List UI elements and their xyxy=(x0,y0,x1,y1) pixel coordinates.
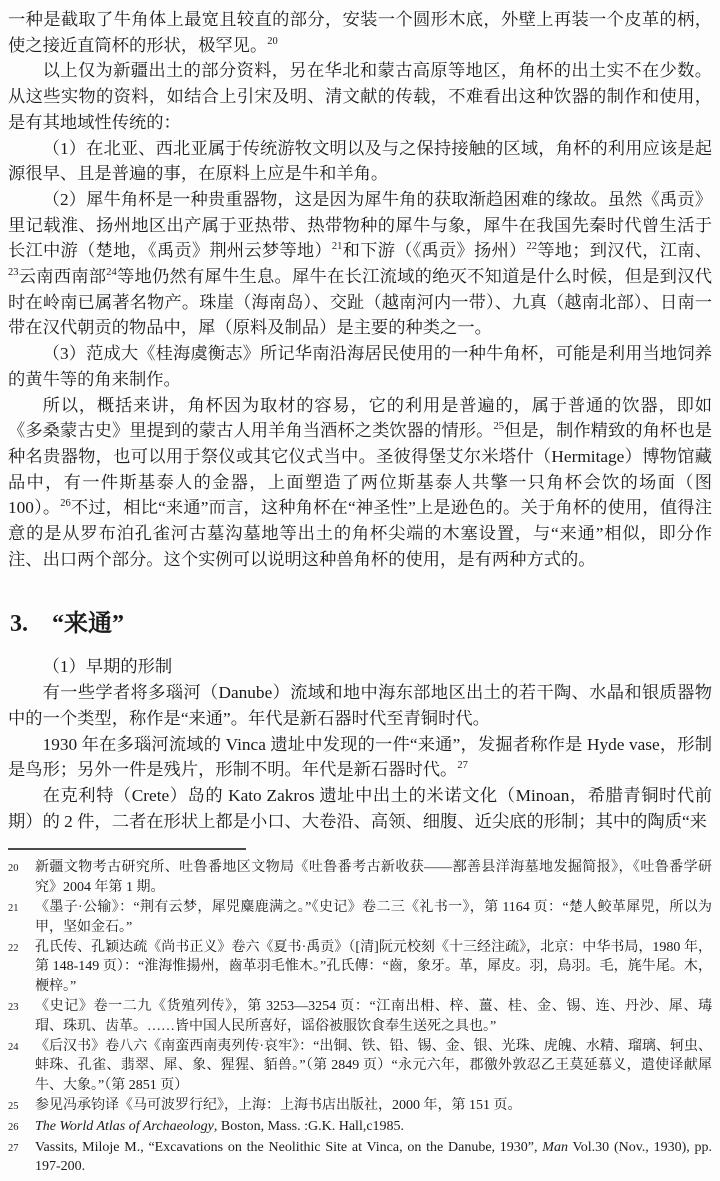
footnote-text: 《后汉书》卷八六《南蛮西南夷列传·哀牢》：“出铜、铁、铅、锡、金、银、光珠、虎魄… xyxy=(35,1037,712,1096)
footnote-number: 21 xyxy=(8,898,35,938)
footnote-text: 孔氏传、孔颖达疏《尚书正义》卷六《夏书·禹贡》（[清]阮元校刻《十三经注疏》，北… xyxy=(35,938,712,997)
paragraph: 所以，概括来讲，角杯因为取材的容易，它的利用是普遍的，属于普通的饮器，即如《多桑… xyxy=(8,393,712,573)
footnote-text: The World Atlas of Archaeology, Boston, … xyxy=(35,1117,712,1138)
footnote: 27Vassits, Miloje M., “Excavations on th… xyxy=(8,1138,712,1178)
footnote-ref: 20 xyxy=(267,36,278,47)
paragraph: （2）犀牛角杯是一种贵重器物，这是因为犀牛角的获取渐趋困难的缘故。虽然《禹贡》里… xyxy=(8,187,712,341)
footnote-number: 22 xyxy=(8,938,35,997)
footnote: 26The World Atlas of Archaeology, Boston… xyxy=(8,1117,712,1138)
footnote: 24《后汉书》卷八六《南蛮西南夷列传·哀牢》：“出铜、铁、铅、锡、金、银、光珠、… xyxy=(8,1037,712,1096)
footnote-text: 《史记》卷一二九《货殖列传》，第 3253—3254 页：“江南出枏、梓、薑、桂… xyxy=(35,997,712,1037)
footnote: 21《墨子·公输》：“荆有云梦，犀兕麋鹿满之。”《史记》卷二三《礼书一》，第 1… xyxy=(8,898,712,938)
footnote-ref: 25 xyxy=(493,421,504,432)
footnote-ref: 21 xyxy=(332,242,343,253)
footnote-separator xyxy=(8,848,246,850)
footnote-number: 20 xyxy=(8,858,35,898)
footnote-text: Vassits, Miloje M., “Excavations on the … xyxy=(35,1138,712,1178)
section-heading: 3. “来通” xyxy=(10,608,712,640)
footnote-text: 参见冯承钧译《马可波罗行纪》，上海：上海书店出版社，2000 年，第 151 页… xyxy=(35,1096,712,1117)
footnote-ref: 24 xyxy=(106,267,117,278)
book-page: 一种是截取了牛角体上最宽且较直的部分，安装一个圆形木底，外壁上再装一个皮革的柄，… xyxy=(0,0,720,1181)
footnote-number: 27 xyxy=(8,1138,35,1178)
footnote-ref: 23 xyxy=(8,267,19,278)
footnote: 22孔氏传、孔颖达疏《尚书正义》卷六《夏书·禹贡》（[清]阮元校刻《十三经注疏》… xyxy=(8,938,712,997)
footnote-number: 26 xyxy=(8,1117,35,1138)
paragraph: 在克利特（Crete）岛的 Kato Zakros 遗址中出土的米诺文化（Min… xyxy=(8,783,712,834)
paragraph: 一种是截取了牛角体上最宽且较直的部分，安装一个圆形木底，外壁上再装一个皮革的柄，… xyxy=(8,7,712,58)
footnote-number: 23 xyxy=(8,997,35,1037)
footnote-number: 25 xyxy=(8,1096,35,1117)
footnote: 20新疆文物考古研究所、吐鲁番地区文物局《吐鲁番考古新收获——鄯善县洋海墓地发掘… xyxy=(8,858,712,898)
paragraph: （3）范成大《桂海虞衡志》所记华南沿海居民使用的一种牛角杯，可能是利用当地饲养的… xyxy=(8,341,712,392)
footnote-text: 新疆文物考古研究所、吐鲁番地区文物局《吐鲁番考古新收获——鄯善县洋海墓地发掘简报… xyxy=(35,858,712,898)
footnote-text: 《墨子·公输》：“荆有云梦，犀兕麋鹿满之。”《史记》卷二三《礼书一》，第 116… xyxy=(35,898,712,938)
footnote-ref: 27 xyxy=(457,761,468,772)
footnotes-list: 20新疆文物考古研究所、吐鲁番地区文物局《吐鲁番考古新收获——鄯善县洋海墓地发掘… xyxy=(8,858,712,1177)
body-text: 一种是截取了牛角体上最宽且较直的部分，安装一个圆形木底，外壁上再装一个皮革的柄，… xyxy=(8,7,712,834)
italic-title: The World Atlas of Archaeology xyxy=(35,1119,214,1134)
footnote: 23《史记》卷一二九《货殖列传》，第 3253—3254 页：“江南出枏、梓、薑… xyxy=(8,997,712,1037)
paragraph: 有一些学者将多瑙河（Danube）流域和地中海东部地区出土的若干陶、水晶和银质器… xyxy=(8,680,712,731)
footnote-number: 24 xyxy=(8,1037,35,1096)
footnote-ref: 22 xyxy=(526,242,537,253)
paragraph: （1）在北亚、西北亚属于传统游牧文明以及与之保持接触的区域，角杯的利用应该是起源… xyxy=(8,136,712,187)
paragraph: 以上仅为新疆出土的部分资料，另在华北和蒙古高原等地区，角杯的出土实不在少数。从这… xyxy=(8,58,712,135)
paragraph: 1930 年在多瑙河流域的 Vinca 遗址中发现的一件“来通”，发掘者称作是 … xyxy=(8,732,712,783)
footnote: 25参见冯承钧译《马可波罗行纪》，上海：上海书店出版社，2000 年，第 151… xyxy=(8,1096,712,1117)
italic-title: Man xyxy=(542,1140,568,1155)
paragraph: （1）早期的形制 xyxy=(8,654,712,680)
footnote-ref: 26 xyxy=(60,499,71,510)
